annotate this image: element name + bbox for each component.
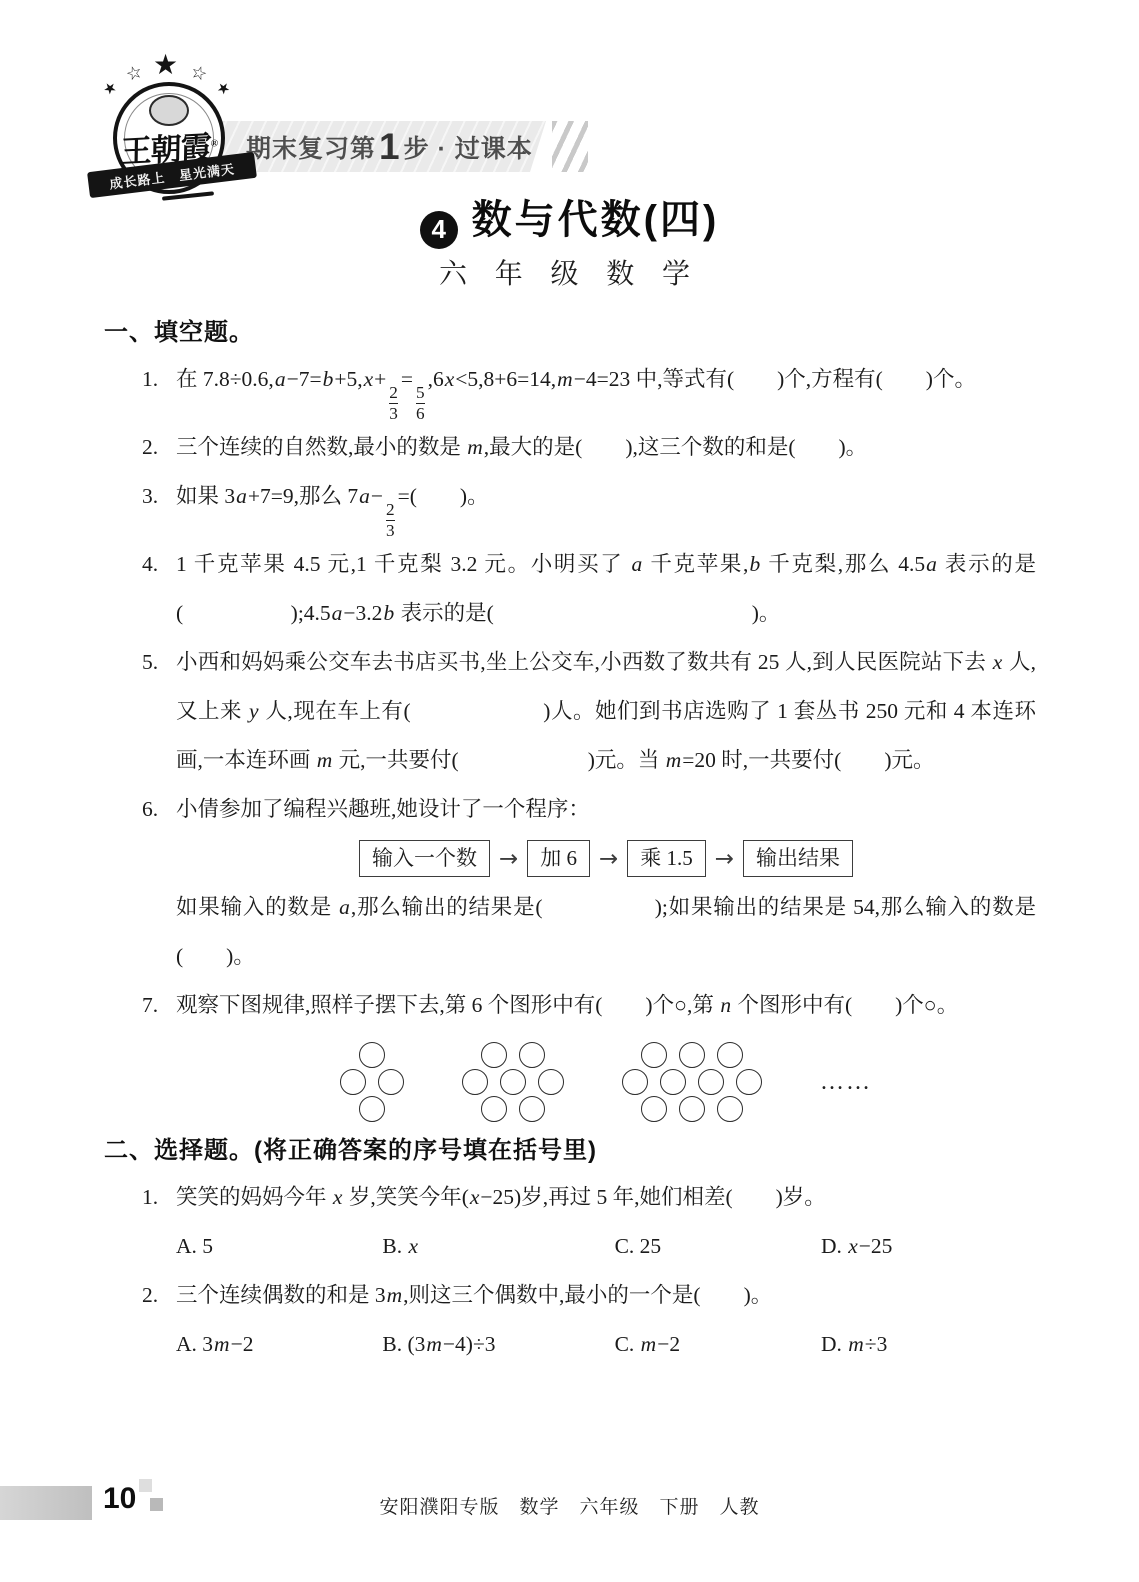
question-body: 笑笑的妈妈今年 x 岁,笑笑今年(x−25)岁,再过 5 年,她们相差( )岁。… (176, 1173, 1036, 1271)
pattern-figure (622, 1042, 762, 1122)
ellipsis: …… (820, 1070, 872, 1094)
option: A. 3m−2 (176, 1320, 382, 1369)
question-number: 5. (142, 638, 176, 785)
registered-mark: ® (211, 138, 218, 149)
math-variable: m (665, 748, 683, 772)
question: 3.如果 3a+7=9,那么 7a−23=( )。 (142, 472, 1036, 540)
math-variable: m (316, 748, 334, 772)
question-number: 4. (142, 540, 176, 638)
question-text: 小倩参加了编程兴趣班,她设计了一个程序： (176, 785, 1036, 834)
circle-icon (519, 1042, 545, 1068)
question: 2.三个连续的自然数,最小的数是 m,最大的是( ),这三个数的和是( )。 (142, 423, 1036, 472)
sections: 一、填空题。1.在 7.8÷0.6,a−7=b+5,x+23=56,6x<5,8… (104, 306, 1036, 1369)
pattern-row (622, 1069, 762, 1095)
star-icon: ☆ (189, 62, 210, 84)
arrow-right-icon: → (499, 843, 518, 875)
worksheet-page: ★ ☆ ☆ ★ ★ 王朝霞® 成长路上 星光满天 期末复习第1步 · 过课本 4… (0, 0, 1139, 1582)
question-body: 1 千克苹果 4.5 元,1 千克梨 3.2 元。小明买了 a 千克苹果,b 千… (176, 540, 1036, 638)
question: 5.小西和妈妈乘公交车去书店买书,坐上公交车,小西数了数共有 25 人,到人民医… (142, 638, 1036, 785)
question-body: 小倩参加了编程兴趣班,她设计了一个程序：输入一个数→加 6→乘 1.5→输出结果… (176, 785, 1036, 981)
circle-icon (481, 1096, 507, 1122)
question: 1.笑笑的妈妈今年 x 岁,笑笑今年(x−25)岁,再过 5 年,她们相差( )… (142, 1173, 1036, 1271)
math-variable: x (363, 367, 375, 391)
pattern-row (340, 1069, 404, 1095)
question-text: 三个连续的自然数,最小的数是 m,最大的是( ),这三个数的和是( )。 (176, 423, 1036, 472)
question-text: 在 7.8÷0.6,a−7=b+5,x+23=56,6x<5,8+6=14,m−… (176, 355, 1036, 423)
math-variable: m (466, 435, 484, 459)
star-icon: ★ (101, 80, 121, 100)
question: 6.小倩参加了编程兴趣班,她设计了一个程序：输入一个数→加 6→乘 1.5→输出… (142, 785, 1036, 981)
flowchart-box: 输入一个数 (359, 840, 490, 877)
question-number: 2. (142, 423, 176, 472)
question-text: 观察下图规律,照样子摆下去,第 6 个图形中有( )个○,第 n 个图形中有( … (176, 981, 1036, 1030)
pattern-row (359, 1096, 385, 1122)
math-variable: a (274, 367, 287, 391)
option: A. 5 (176, 1222, 382, 1271)
question-number: 1. (142, 1173, 176, 1271)
math-variable: m (213, 1332, 231, 1356)
question-text: 1 千克苹果 4.5 元,1 千克梨 3.2 元。小明买了 a 千克苹果,b 千… (176, 540, 1036, 638)
circle-icon (717, 1042, 743, 1068)
pattern-figure (340, 1042, 404, 1122)
circle-icon (641, 1096, 667, 1122)
flowchart-box: 加 6 (527, 840, 590, 877)
banner-text: 步 · 过课本 (404, 129, 533, 165)
math-variable: y (248, 699, 260, 723)
math-variable: m (386, 1283, 404, 1307)
footer-square-decoration (139, 1479, 152, 1492)
fraction: 23 (383, 500, 398, 540)
math-variable: x (847, 1234, 859, 1258)
question-body: 观察下图规律,照样子摆下去,第 6 个图形中有( )个○,第 n 个图形中有( … (176, 981, 1036, 1124)
circle-icon (481, 1042, 507, 1068)
unit-number-badge: 4 (420, 211, 458, 249)
circle-icon (462, 1069, 488, 1095)
math-variable: a (925, 552, 938, 576)
options-row: A. 5B. xC. 25D. x−25 (176, 1222, 1036, 1271)
math-variable: m (847, 1332, 865, 1356)
math-variable: m (556, 367, 574, 391)
question-body: 小西和妈妈乘公交车去书店买书,坐上公交车,小西数了数共有 25 人,到人民医院站… (176, 638, 1036, 785)
question-body: 三个连续的自然数,最小的数是 m,最大的是( ),这三个数的和是( )。 (176, 423, 1036, 472)
question-number: 1. (142, 355, 176, 423)
pattern-row (481, 1096, 545, 1122)
publisher-logo: ★ ☆ ☆ ★ ★ 王朝霞® 成长路上 星光满天 (96, 58, 252, 218)
question: 1.在 7.8÷0.6,a−7=b+5,x+23=56,6x<5,8+6=14,… (142, 355, 1036, 423)
circle-icon (538, 1069, 564, 1095)
option: D. x−25 (821, 1222, 1036, 1271)
math-variable: x (332, 1185, 344, 1209)
header-banner: 期末复习第1步 · 过课本 (212, 121, 546, 172)
flowchart-box: 乘 1.5 (627, 840, 706, 877)
star-icon: ★ (213, 80, 233, 100)
pattern-row (641, 1096, 743, 1122)
option: C. m−2 (615, 1320, 821, 1369)
math-variable: x (444, 367, 456, 391)
math-variable: a (331, 601, 344, 625)
math-variable: a (631, 552, 644, 576)
question-text: 小西和妈妈乘公交车去书店买书,坐上公交车,小西数了数共有 25 人,到人民医院站… (176, 638, 1036, 785)
math-variable: m (640, 1332, 658, 1356)
question-text: 如果输入的数是 a,那么输出的结果是( );如果输出的结果是 54,那么输入的数… (176, 883, 1036, 981)
question-body: 三个连续偶数的和是 3m,则这三个偶数中,最小的一个是( )。A. 3m−2B.… (176, 1271, 1036, 1369)
question-text: 笑笑的妈妈今年 x 岁,笑笑今年(x−25)岁,再过 5 年,她们相差( )岁。 (176, 1173, 1036, 1222)
question-text: 三个连续偶数的和是 3m,则这三个偶数中,最小的一个是( )。 (176, 1271, 1036, 1320)
flowchart-box: 输出结果 (743, 840, 853, 877)
circle-icon (378, 1069, 404, 1095)
flowchart: 输入一个数→加 6→乘 1.5→输出结果 (176, 840, 1036, 877)
math-variable: x (992, 650, 1004, 674)
question: 4.1 千克苹果 4.5 元,1 千克梨 3.2 元。小明买了 a 千克苹果,b… (142, 540, 1036, 638)
circle-icon (340, 1069, 366, 1095)
circle-icon (679, 1096, 705, 1122)
question-body: 在 7.8÷0.6,a−7=b+5,x+23=56,6x<5,8+6=14,m−… (176, 355, 1036, 423)
math-variable: n (719, 993, 732, 1017)
question: 7.观察下图规律,照样子摆下去,第 6 个图形中有( )个○,第 n 个图形中有… (142, 981, 1036, 1124)
question-number: 7. (142, 981, 176, 1124)
math-variable: x (469, 1185, 481, 1209)
circle-icon (359, 1042, 385, 1068)
pattern-row (462, 1069, 564, 1095)
star-icon: ☆ (124, 62, 145, 84)
math-variable: b (748, 552, 761, 576)
circle-icon (717, 1096, 743, 1122)
question-text: 如果 3a+7=9,那么 7a−23=( )。 (176, 472, 1036, 540)
question-number: 3. (142, 472, 176, 540)
option: B. (3m−4)÷3 (382, 1320, 614, 1369)
circle-icon (679, 1042, 705, 1068)
fraction: 56 (413, 383, 428, 423)
circle-icon (500, 1069, 526, 1095)
pattern-figure (462, 1042, 564, 1122)
circle-icon (622, 1069, 648, 1095)
circle-icon (519, 1096, 545, 1122)
circle-icon (660, 1069, 686, 1095)
question-number: 2. (142, 1271, 176, 1369)
question: 2.三个连续偶数的和是 3m,则这三个偶数中,最小的一个是( )。A. 3m−2… (142, 1271, 1036, 1369)
circle-icon (641, 1042, 667, 1068)
section-heading: 一、填空题。 (104, 312, 1036, 347)
option: D. m÷3 (821, 1320, 1036, 1369)
banner-stripes-decoration (552, 121, 588, 172)
math-variable: m (425, 1332, 443, 1356)
banner-step-number: 1 (379, 128, 401, 165)
circle-icon (736, 1069, 762, 1095)
math-variable: x (407, 1234, 419, 1258)
pattern-row (641, 1042, 743, 1068)
star-icon: ★ (153, 52, 178, 80)
circle-icon (698, 1069, 724, 1095)
banner-text: 期末复习第 (246, 129, 376, 165)
question-body: 如果 3a+7=9,那么 7a−23=( )。 (176, 472, 1036, 540)
pattern-row (359, 1042, 385, 1068)
math-variable: b (382, 601, 395, 625)
footer-edition-text: 安阳濮阳专版 数学 六年级 下册 人教 (0, 1492, 1139, 1519)
math-variable: a (358, 484, 371, 508)
math-variable: a (338, 895, 351, 919)
option: B. x (382, 1222, 614, 1271)
unit-title: 数与代数(四) (472, 198, 720, 242)
fraction: 23 (386, 383, 401, 423)
pattern-row (481, 1042, 545, 1068)
question-number: 6. (142, 785, 176, 981)
portrait-icon (149, 95, 189, 126)
pattern-figures: …… (176, 1042, 1036, 1122)
math-variable: a (235, 484, 248, 508)
options-row: A. 3m−2B. (3m−4)÷3C. m−2D. m÷3 (176, 1320, 1036, 1369)
page-subtitle: 六 年 级 数 学 (0, 252, 1139, 292)
arrow-right-icon: → (599, 843, 618, 875)
section-heading: 二、选择题。(将正确答案的序号填在括号里) (104, 1130, 1036, 1165)
arrow-right-icon: → (715, 843, 734, 875)
math-variable: b (322, 367, 335, 391)
circle-icon (359, 1096, 385, 1122)
option: C. 25 (615, 1222, 821, 1271)
